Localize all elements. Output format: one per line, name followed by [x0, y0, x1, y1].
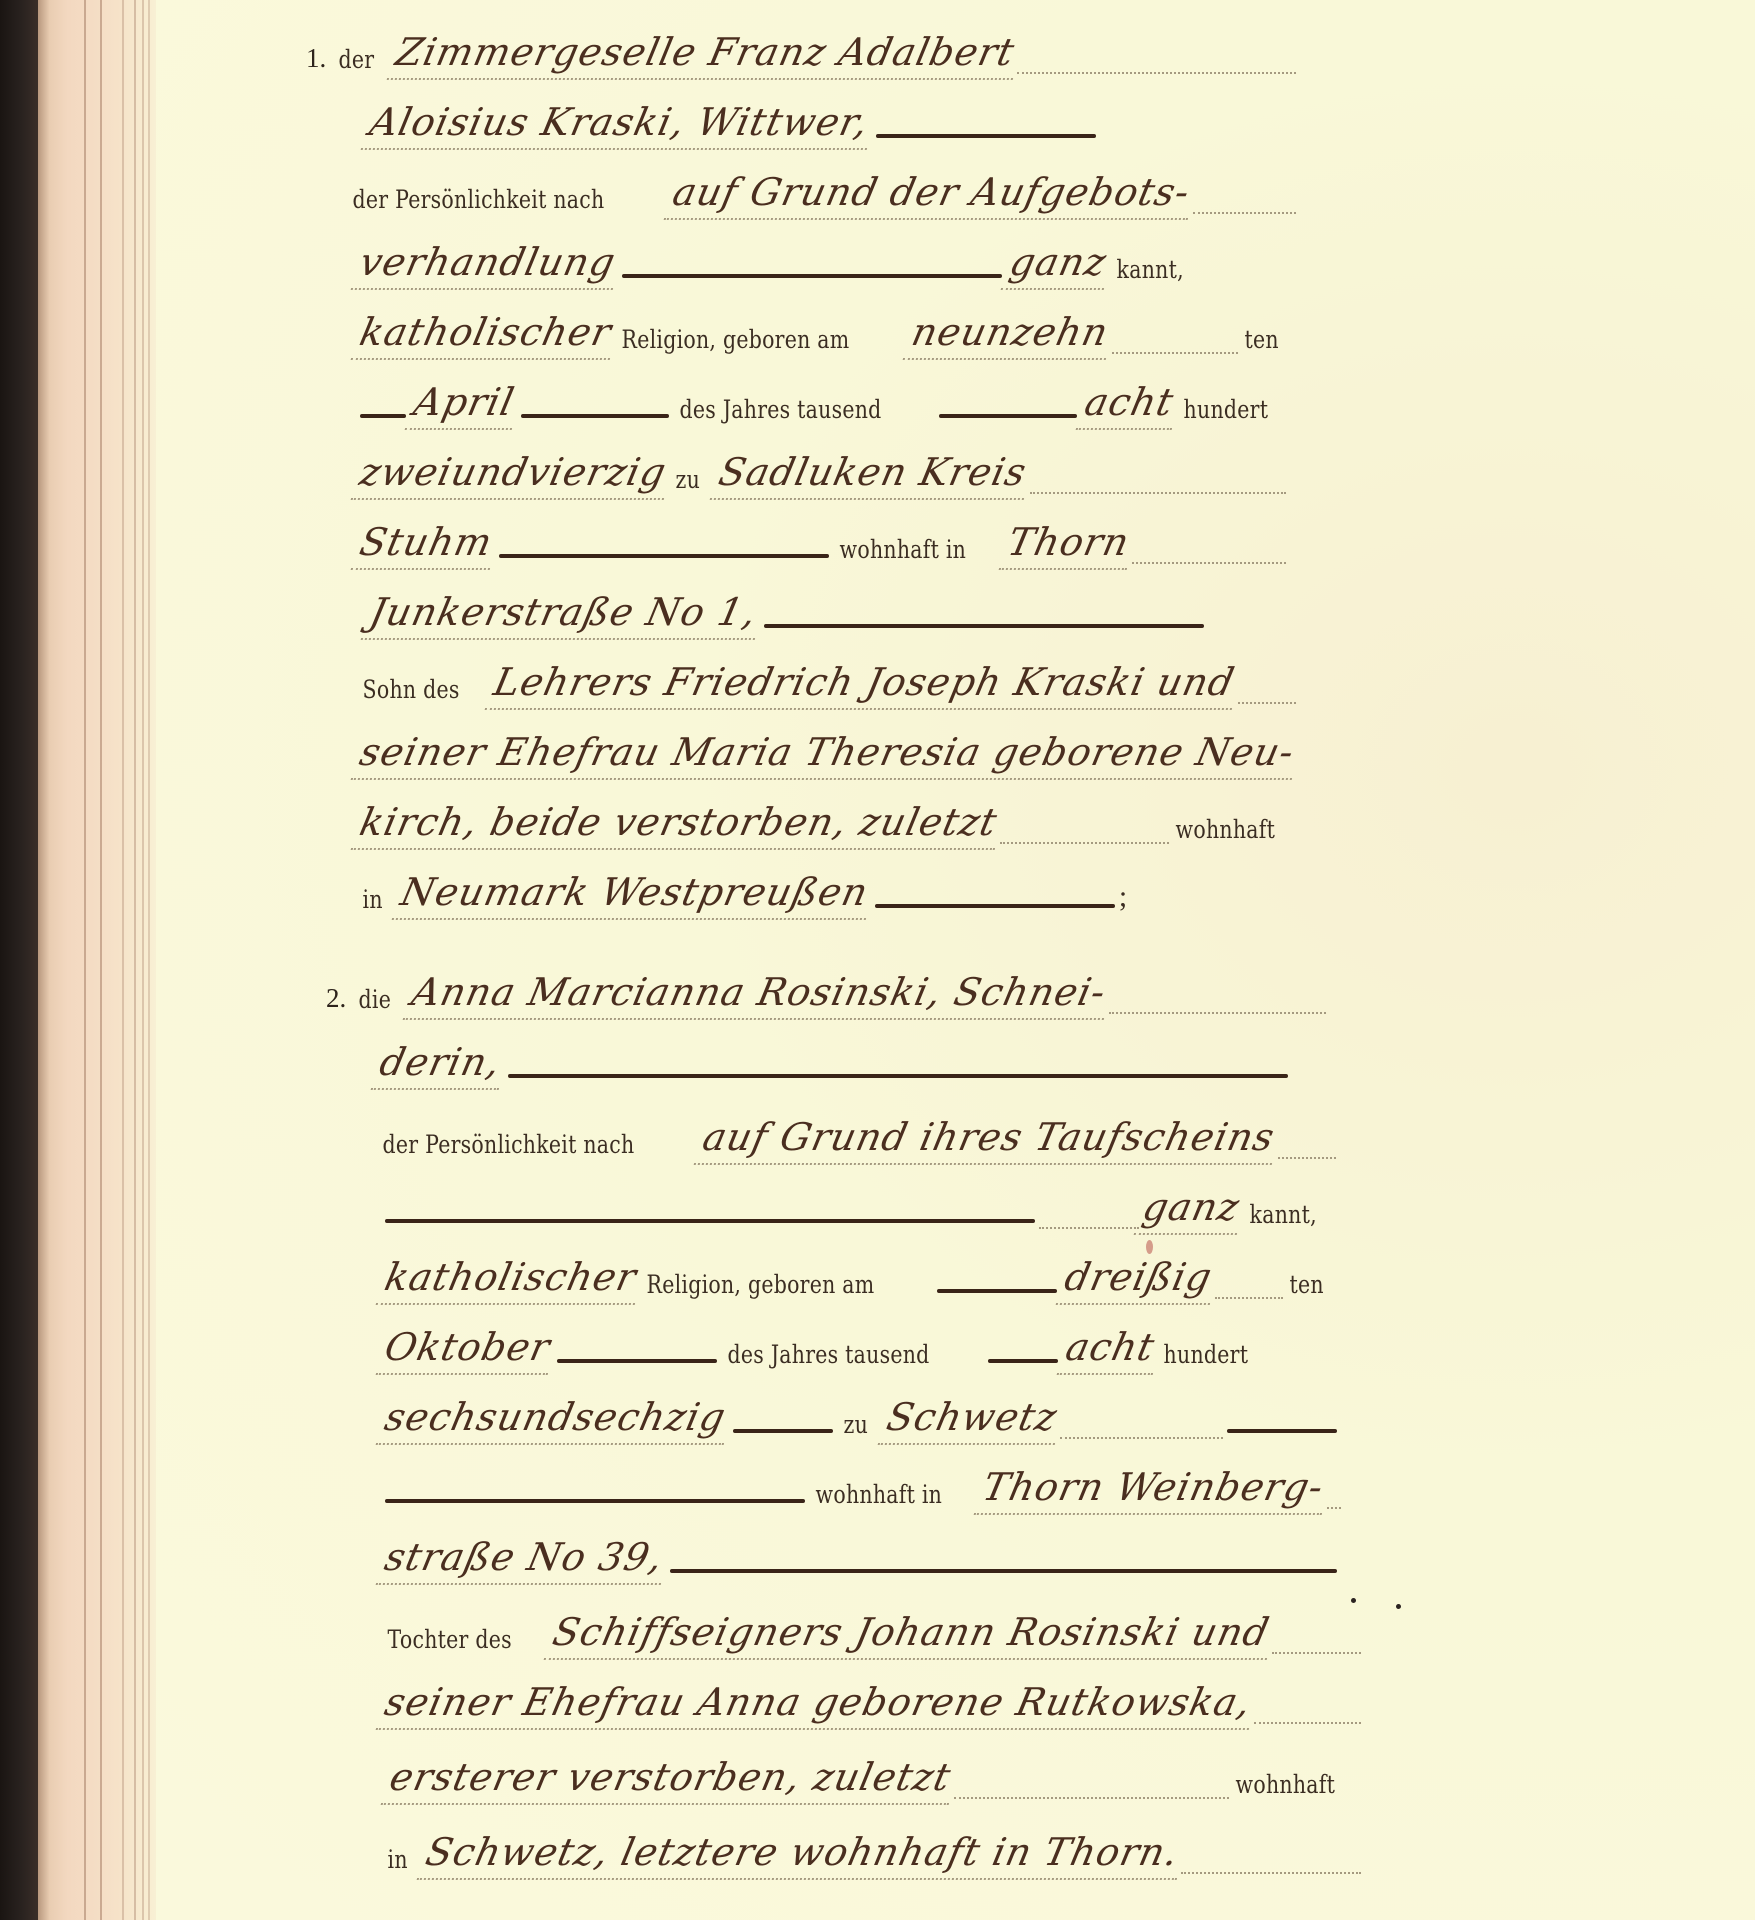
- groom-residence-city: Thorn: [998, 520, 1137, 570]
- bride-residence-street: straße No 39,: [376, 1535, 672, 1585]
- bride-birth-year: sechsundsechzig: [376, 1395, 734, 1445]
- printed-label: des Jahres tausend: [673, 395, 888, 430]
- printed-label: Tochter des: [381, 1625, 518, 1660]
- register-page: 1. der Zimmergeselle Franz Adalbert Aloi…: [156, 0, 1755, 1920]
- entry-number: 2.: [326, 983, 352, 1020]
- handwritten-word: ganz: [1134, 1185, 1248, 1235]
- printed-label: wohnhaft in: [833, 535, 973, 570]
- printed-label: Religion, geboren am: [615, 325, 856, 360]
- printed-label: kannt,: [1110, 255, 1190, 290]
- bride-identified-by: auf Grund ihres Taufscheins: [694, 1115, 1283, 1165]
- groom-line-4: verhandlung ganz kannt,: [356, 230, 1296, 290]
- groom-line-1: 1. der Zimmergeselle Franz Adalbert: [306, 20, 1296, 80]
- printed-label: Religion, geboren am: [640, 1270, 881, 1305]
- printed-label: ten: [1283, 1270, 1330, 1305]
- bride-line-12: ersterer verstorben, zuletzt wohnhaft: [386, 1745, 1366, 1805]
- printed-label: in: [381, 1845, 414, 1880]
- groom-residence-street: Junkerstraße No 1,: [361, 590, 766, 640]
- groom-parents-status: kirch, beide verstorben, zuletzt: [351, 800, 1006, 850]
- printed-label: hundert: [1157, 1340, 1255, 1375]
- ink-speck: [1351, 1598, 1356, 1603]
- printed-label: in: [356, 885, 389, 920]
- bride-residence: Thorn Weinberg-: [974, 1465, 1332, 1515]
- bride-occupation-cont: derin,: [371, 1040, 509, 1090]
- groom-identified-by-cont: verhandlung: [351, 240, 624, 290]
- groom-line-6: April des Jahres tausend acht hundert: [356, 370, 1296, 430]
- bride-birth-century: acht: [1056, 1325, 1162, 1375]
- printed-label: kannt,: [1243, 1200, 1323, 1235]
- bride-birth-month: Oktober: [376, 1325, 559, 1375]
- groom-mother: seiner Ehefrau Maria Theresia geborene N…: [351, 730, 1303, 780]
- groom-identified-by: auf Grund der Aufgebots-: [664, 170, 1198, 220]
- bride-line-11: seiner Ehefrau Anna geborene Rutkowska,: [381, 1670, 1361, 1730]
- printed-label: Sohn des: [356, 675, 466, 710]
- groom-line-3: der Persönlichkeit nach auf Grund der Au…: [346, 160, 1296, 220]
- printed-label: der: [332, 45, 381, 80]
- punctuation: ;: [1119, 880, 1127, 920]
- ink-speck: [1396, 1604, 1401, 1609]
- groom-line-5: katholischer Religion, geboren am neunze…: [356, 300, 1296, 360]
- groom-birth-month: April: [405, 380, 523, 430]
- groom-line-11: seiner Ehefrau Maria Theresia geborene N…: [356, 720, 1296, 780]
- groom-father: Lehrers Friedrich Joseph Kraski und: [485, 660, 1243, 710]
- bride-line-4: ganz kannt,: [381, 1175, 1341, 1235]
- groom-birth-place: Sadluken Kreis: [710, 450, 1035, 500]
- bride-line-6: Oktober des Jahres tausend acht hundert: [381, 1315, 1341, 1375]
- bride-father: Schiffseigners Johann Rosinski und: [543, 1610, 1277, 1660]
- bride-line-5: katholischer Religion, geboren am dreißi…: [381, 1245, 1341, 1305]
- bride-mother: seiner Ehefrau Anna geborene Rutkowska,: [376, 1680, 1260, 1730]
- printed-label: des Jahres tausend: [721, 1340, 936, 1375]
- printed-label: der Persönlichkeit nach: [376, 1130, 641, 1165]
- groom-name-status: Aloisius Kraski, Wittwer,: [361, 100, 877, 150]
- printed-label: wohnhaft: [1229, 1770, 1342, 1805]
- printed-label: wohnhaft: [1169, 815, 1282, 850]
- page-stack-edges: [38, 0, 156, 1920]
- groom-line-9: Junkerstraße No 1,: [366, 580, 1286, 640]
- groom-parents-residence: Neumark Westpreußen: [391, 870, 876, 920]
- groom-line-13: in Neumark Westpreußen ;: [356, 860, 1306, 920]
- groom-line-2: Aloisius Kraski, Wittwer,: [366, 90, 1286, 150]
- groom-occupation-name: Zimmergeselle Franz Adalbert: [387, 30, 1023, 80]
- groom-birth-day: neunzehn: [903, 310, 1117, 360]
- bride-birth-day: dreißig: [1056, 1255, 1221, 1305]
- bride-birth-place: Schwetz: [877, 1395, 1065, 1445]
- groom-birth-year: zweiundvierzig: [351, 450, 675, 500]
- bride-line-10: Tochter des Schiffseigners Johann Rosins…: [381, 1600, 1361, 1660]
- groom-birth-century: acht: [1076, 380, 1182, 430]
- bride-line-8: wohnhaft in Thorn Weinberg-: [381, 1455, 1341, 1515]
- printed-label: die: [352, 985, 398, 1020]
- groom-birth-district: Stuhm: [351, 520, 501, 570]
- bride-religion: katholischer: [376, 1255, 645, 1305]
- bride-line-2: derin,: [376, 1030, 1326, 1090]
- groom-line-8: Stuhm wohnhaft in Thorn: [356, 510, 1286, 570]
- bride-parents-status: ersterer verstorben, zuletzt: [381, 1755, 960, 1805]
- printed-label: ten: [1238, 325, 1285, 360]
- printed-label: der Persönlichkeit nach: [346, 185, 611, 220]
- entry-number: 1.: [306, 43, 332, 80]
- ink-stain: [1146, 1240, 1153, 1254]
- bride-line-9: straße No 39,: [381, 1525, 1341, 1585]
- printed-label: wohnhaft in: [809, 1480, 949, 1515]
- bride-name-occupation: Anna Marcianna Rosinski, Schnei-: [403, 970, 1114, 1020]
- groom-line-10: Sohn des Lehrers Friedrich Joseph Kraski…: [356, 650, 1296, 710]
- bride-parents-residence: Schwetz, letztere wohnhaft in Thorn.: [416, 1830, 1186, 1880]
- groom-religion: katholischer: [351, 310, 620, 360]
- printed-label: hundert: [1177, 395, 1275, 430]
- bride-line-7: sechsundsechzig zu Schwetz: [381, 1385, 1341, 1445]
- printed-label: zu: [837, 1410, 875, 1445]
- groom-line-12: kirch, beide verstorben, zuletzt wohnhaf…: [356, 790, 1306, 850]
- bride-line-13: in Schwetz, letztere wohnhaft in Thorn.: [381, 1820, 1361, 1880]
- book-binding: [0, 0, 38, 1920]
- bride-line-3: der Persönlichkeit nach auf Grund ihres …: [376, 1105, 1336, 1165]
- groom-line-7: zweiundvierzig zu Sadluken Kreis: [356, 440, 1286, 500]
- printed-label: zu: [669, 465, 707, 500]
- handwritten-word: ganz: [1001, 240, 1115, 290]
- bride-line-1: 2. die Anna Marcianna Rosinski, Schnei-: [326, 960, 1326, 1020]
